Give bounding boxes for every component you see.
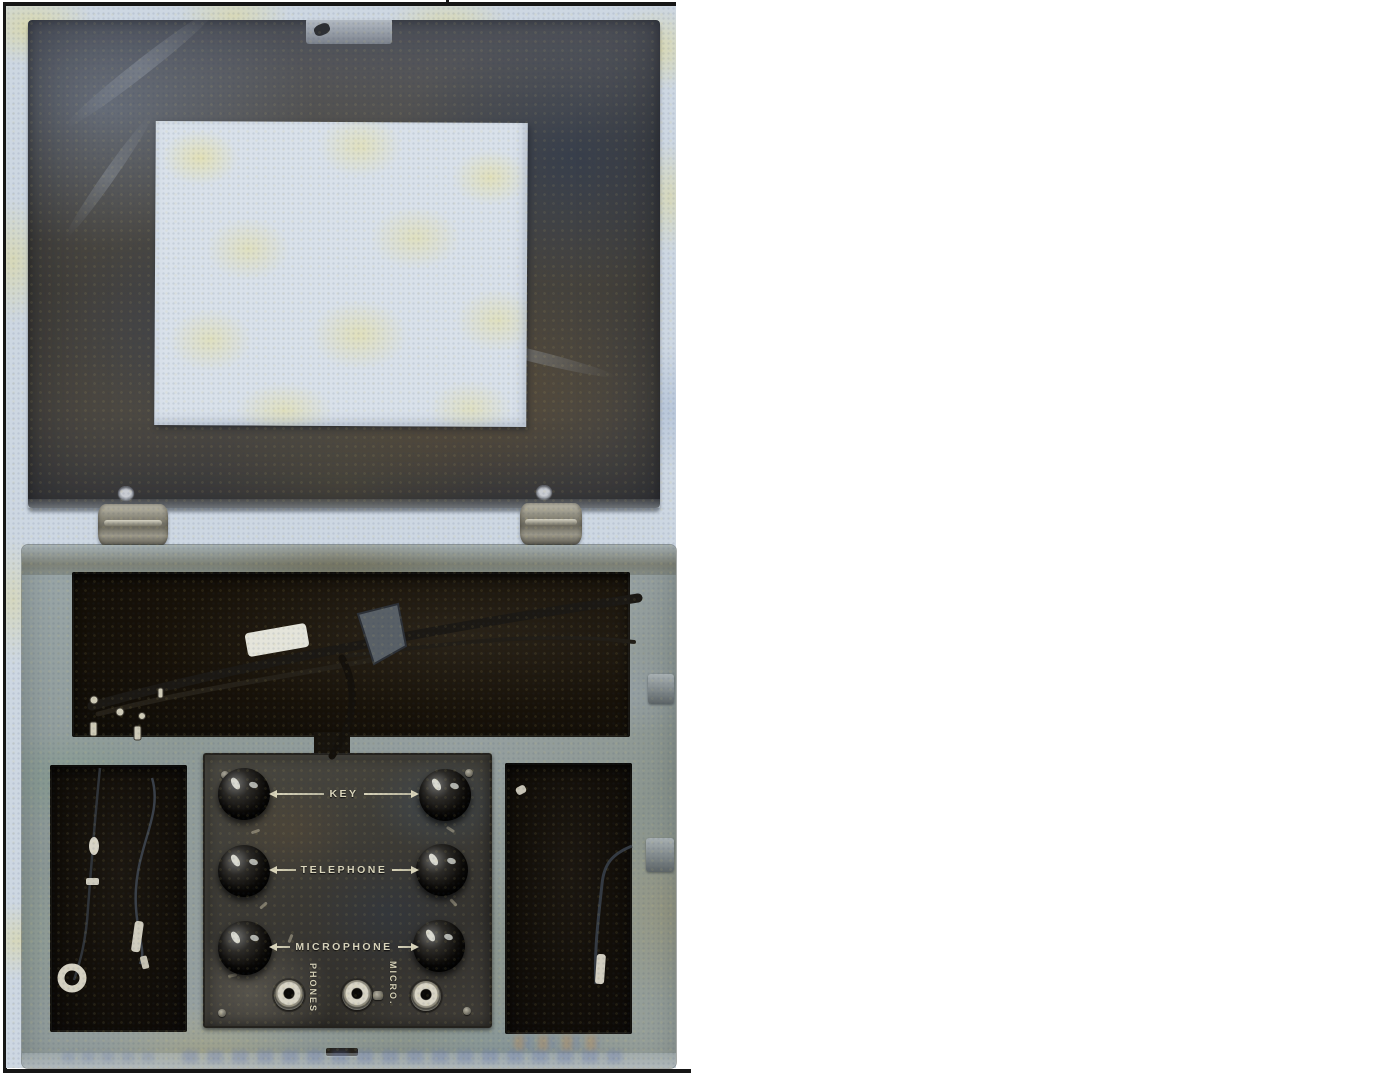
left-compartment-wires bbox=[61, 768, 155, 989]
frame-tick-mark bbox=[446, 0, 449, 4]
wire-band bbox=[86, 878, 99, 885]
wire-bead bbox=[89, 837, 99, 855]
right-compartment-wire bbox=[515, 784, 632, 984]
cable-bundle bbox=[92, 598, 638, 756]
frame-bottom-line bbox=[3, 1069, 691, 1073]
ring-terminal bbox=[61, 967, 83, 989]
wires-and-cables bbox=[6, 6, 676, 1068]
photograph: KEY TELEPHONE MICROPHONE PHONES bbox=[6, 6, 676, 1068]
white-speck bbox=[515, 784, 528, 796]
wire-tag bbox=[140, 955, 150, 969]
white-tape-band bbox=[244, 623, 309, 657]
page: KEY TELEPHONE MICROPHONE PHONES bbox=[0, 0, 1400, 1079]
